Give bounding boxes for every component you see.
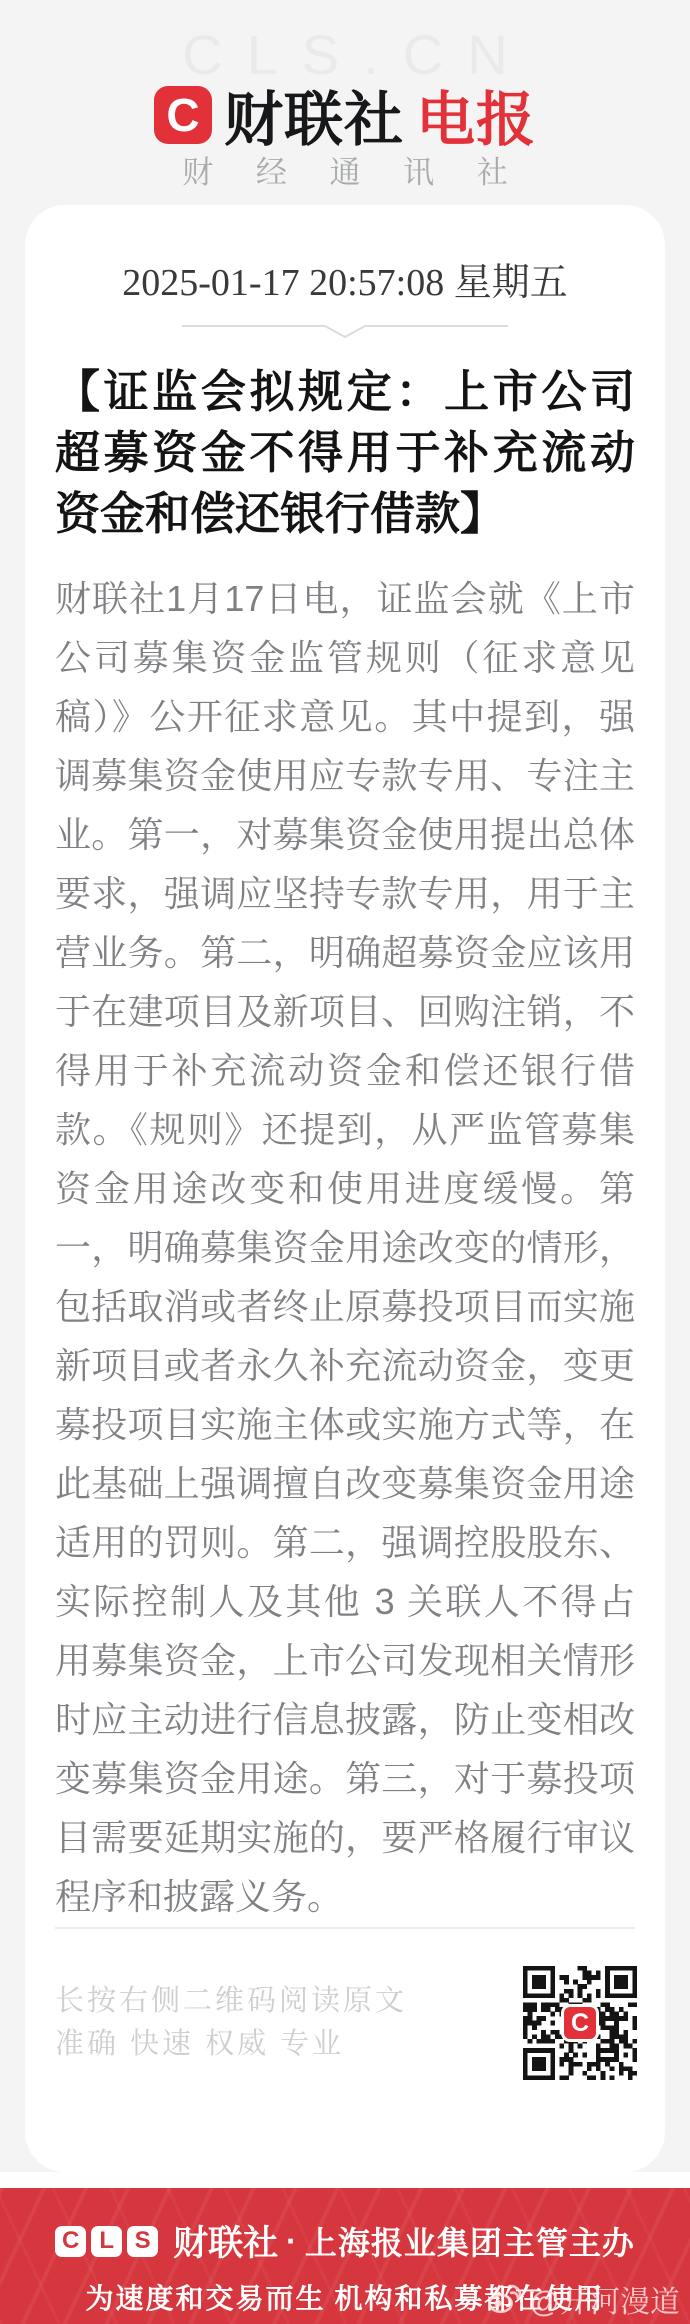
news-datetime: 2025-01-17 20:57:08 星期五	[25, 251, 665, 306]
news-title: 【证监会拟规定：上市公司超募资金不得用于补充流动资金和偿还银行借款】	[55, 362, 635, 545]
footer-brand-name: 财联社	[173, 2216, 278, 2266]
footer-separator: ·	[286, 2223, 297, 2260]
footer-banner: C L S 财联社 · 上海报业集团主管主办 为速度和交易而生 机构和私募都在使…	[0, 2188, 690, 2324]
qr-section: 长按右侧二维码阅读原文 准确 快速 权威 专业 C	[55, 1965, 637, 2081]
qr-code[interactable]: C	[523, 1966, 637, 2080]
news-card: 2025-01-17 20:57:08 星期五 【证监会拟规定：上市公司超募资金…	[25, 205, 665, 2172]
cls-letter-c: C	[55, 2226, 86, 2257]
weibo-handle: @开河漫道	[530, 2277, 680, 2321]
share-card-screen: CLS.CN C 财联社电报 财 经 通 讯 社 2025-01-17 20:5…	[0, 0, 690, 2324]
brand-name-suffix: 电报	[416, 72, 536, 157]
brand-name: 财联社	[224, 72, 404, 157]
qr-section-divider	[55, 1927, 635, 1929]
date-divider	[182, 324, 508, 340]
cls-letter-s: S	[127, 2226, 158, 2257]
qr-hint-line2: 准确 快速 权威 专业	[55, 2023, 407, 2066]
qr-hint-line1: 长按右侧二维码阅读原文	[55, 1980, 407, 2023]
footer-brand-row: C L S 财联社 · 上海报业集团主管主办	[0, 2216, 690, 2266]
footer-organizer: 上海报业集团主管主办	[305, 2218, 635, 2264]
weibo-icon	[487, 2284, 523, 2314]
brand-logo: C 财联社电报	[0, 72, 690, 157]
weibo-watermark: @开河漫道	[487, 2277, 680, 2321]
brand-logo-icon: C	[154, 86, 212, 144]
news-body: 财联社1月17日电，证监会就《上市公司募集资金监管规则（征求意见稿）》公开征求意…	[55, 569, 635, 1926]
qr-center-logo-icon: C	[561, 2004, 599, 2042]
qr-hints: 长按右侧二维码阅读原文 准确 快速 权威 专业	[55, 1980, 407, 2066]
brand-tagline: 财 经 通 讯 社	[0, 147, 690, 192]
cls-letter-l: L	[91, 2226, 122, 2257]
bottom-white-strip	[0, 2172, 690, 2188]
